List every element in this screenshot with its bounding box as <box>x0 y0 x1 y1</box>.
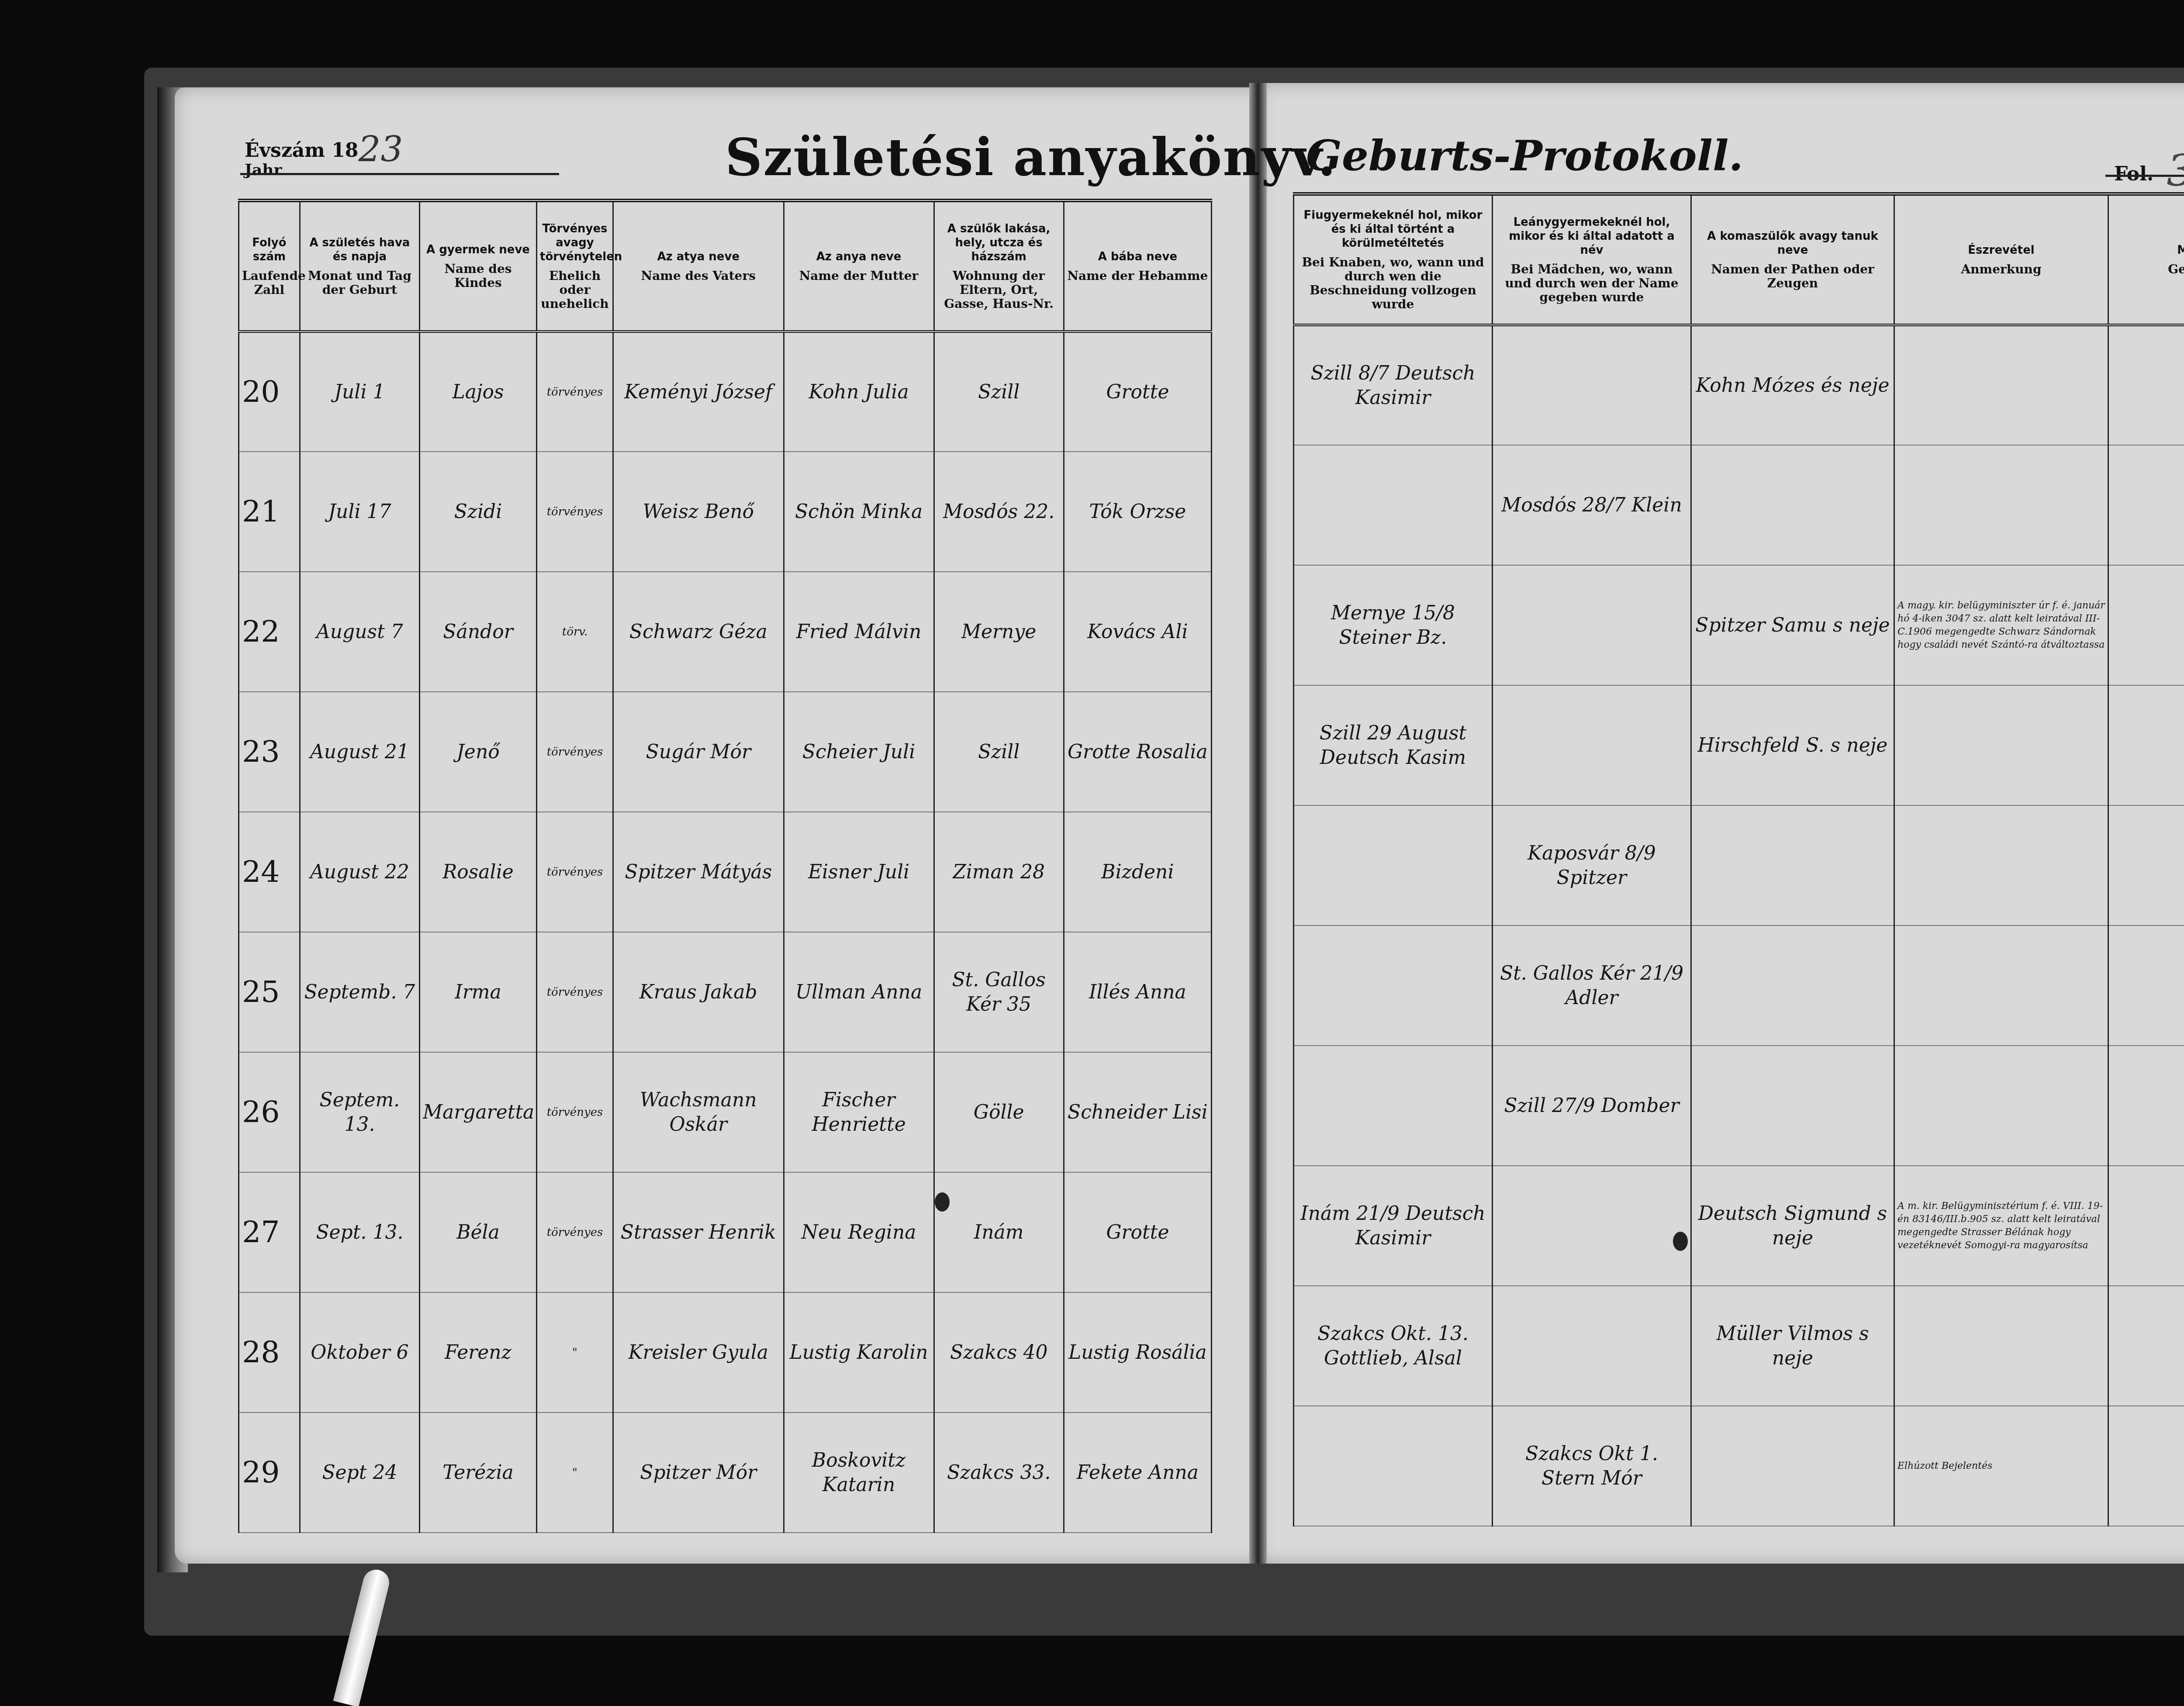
table-row: 21Juli 17SziditörvényesWeisz BenőSchön M… <box>239 452 1212 572</box>
year-label-hu: Évszám 18 <box>245 139 358 162</box>
year-handwritten: 23 <box>358 129 403 169</box>
table-row: Szakcs Okt. 13. Gottlieb, AlsalMüller Vi… <box>1294 1286 2184 1406</box>
col-header-witnesses: A komaszülők avagy tanuk neveNamen der P… <box>1691 194 1894 325</box>
page-title-german: Geburts-Protokoll. <box>1306 131 1743 180</box>
col-header-died: MeghaltGestorben <box>2108 194 2184 325</box>
ink-blot <box>935 1192 950 1212</box>
table-row: Mernye 15/8 Steiner Bz.Spitzer Samu s ne… <box>1294 565 2184 685</box>
col-header-birth-date: A születés hava és napjaMonat und Tag de… <box>300 200 419 332</box>
table-row: Kaposvár 8/9 Spitzer <box>1294 805 2184 926</box>
table-row: Mosdós 28/7 Klein <box>1294 445 2184 565</box>
ink-blot <box>1673 1232 1688 1251</box>
col-header-father: Az atya neveName des Vaters <box>613 200 784 332</box>
header-row-left: Folyó számLaufende Zahl A születés hava … <box>239 200 1212 332</box>
register-table-left: Folyó számLaufende Zahl A születés hava … <box>238 199 1212 1533</box>
table-row: 20Juli 1LajostörvényesKeményi JózsefKohn… <box>239 332 1212 452</box>
folio-field: Fol.39 <box>2114 140 2184 191</box>
col-header-circumcision: Fiugyermekeknél hol, mikor és ki által t… <box>1294 194 1493 325</box>
table-row: Inám 21/9 Deutsch KasimirDeutsch Sigmund… <box>1294 1166 2184 1286</box>
table-row: Szill 27/9 Domber <box>1294 1046 2184 1166</box>
col-header-child-name: A gyermek neveName des Kindes <box>419 200 536 332</box>
register-table-right: Fiugyermekeknél hol, mikor és ki által t… <box>1293 192 2184 1526</box>
table-row: Szakcs Okt 1. Stern MórElhúzott Bejelent… <box>1294 1406 2184 1526</box>
folio-label: Fol. <box>2114 163 2153 185</box>
table-row: Szill 29 August Deutsch KasimHirschfeld … <box>1294 685 2184 805</box>
table-row: 28Oktober 6Ferenz"Kreisler GyulaLustig K… <box>239 1292 1212 1412</box>
page-title-hungarian: Születési anyakönyv. <box>725 127 1337 187</box>
table-row: 27Sept. 13.BélatörvényesStrasser HenrikN… <box>239 1172 1212 1292</box>
col-header-residence: A szülők lakása, hely, utcza és házszámW… <box>934 200 1064 332</box>
folio-number: 39 <box>2167 145 2184 196</box>
col-header-naming: Leánygyermekeknél hol, mikor és ki által… <box>1493 194 1691 325</box>
table-row: Szill 8/7 Deutsch KasimirKohn Mózes és n… <box>1294 325 2184 445</box>
table-row: 25Septemb. 7IrmatörvényesKraus JakabUllm… <box>239 932 1212 1052</box>
table-row: 24August 22RosalietörvényesSpitzer Mátyá… <box>239 812 1212 932</box>
table-row: 29Sept 24Terézia"Spitzer MórBoskovitz Ka… <box>239 1412 1212 1533</box>
table-row: 23August 21JenőtörvényesSugár MórScheier… <box>239 692 1212 812</box>
table-row: 26Septem. 13.MargarettatörvényesWachsman… <box>239 1052 1212 1172</box>
col-header-serial: Folyó számLaufende Zahl <box>239 200 300 332</box>
col-header-mother: Az anya neveName der Mutter <box>784 200 934 332</box>
folio-underline <box>2105 175 2184 177</box>
table-row: 22August 7Sándortörv.Schwarz GézaFried M… <box>239 572 1212 692</box>
book-gutter <box>1249 83 1267 1564</box>
year-underline <box>240 173 559 175</box>
col-header-legitimacy: Törvényes avagy törvénytelenEhelich oder… <box>537 200 613 332</box>
header-row-right: Fiugyermekeknél hol, mikor és ki által t… <box>1294 194 2184 325</box>
col-header-midwife: A bába neveName der Hebamme <box>1064 200 1211 332</box>
col-header-remarks: ÉszrevételAnmerkung <box>1894 194 2108 325</box>
table-row: St. Gallos Kér 21/9 Adler <box>1294 926 2184 1046</box>
